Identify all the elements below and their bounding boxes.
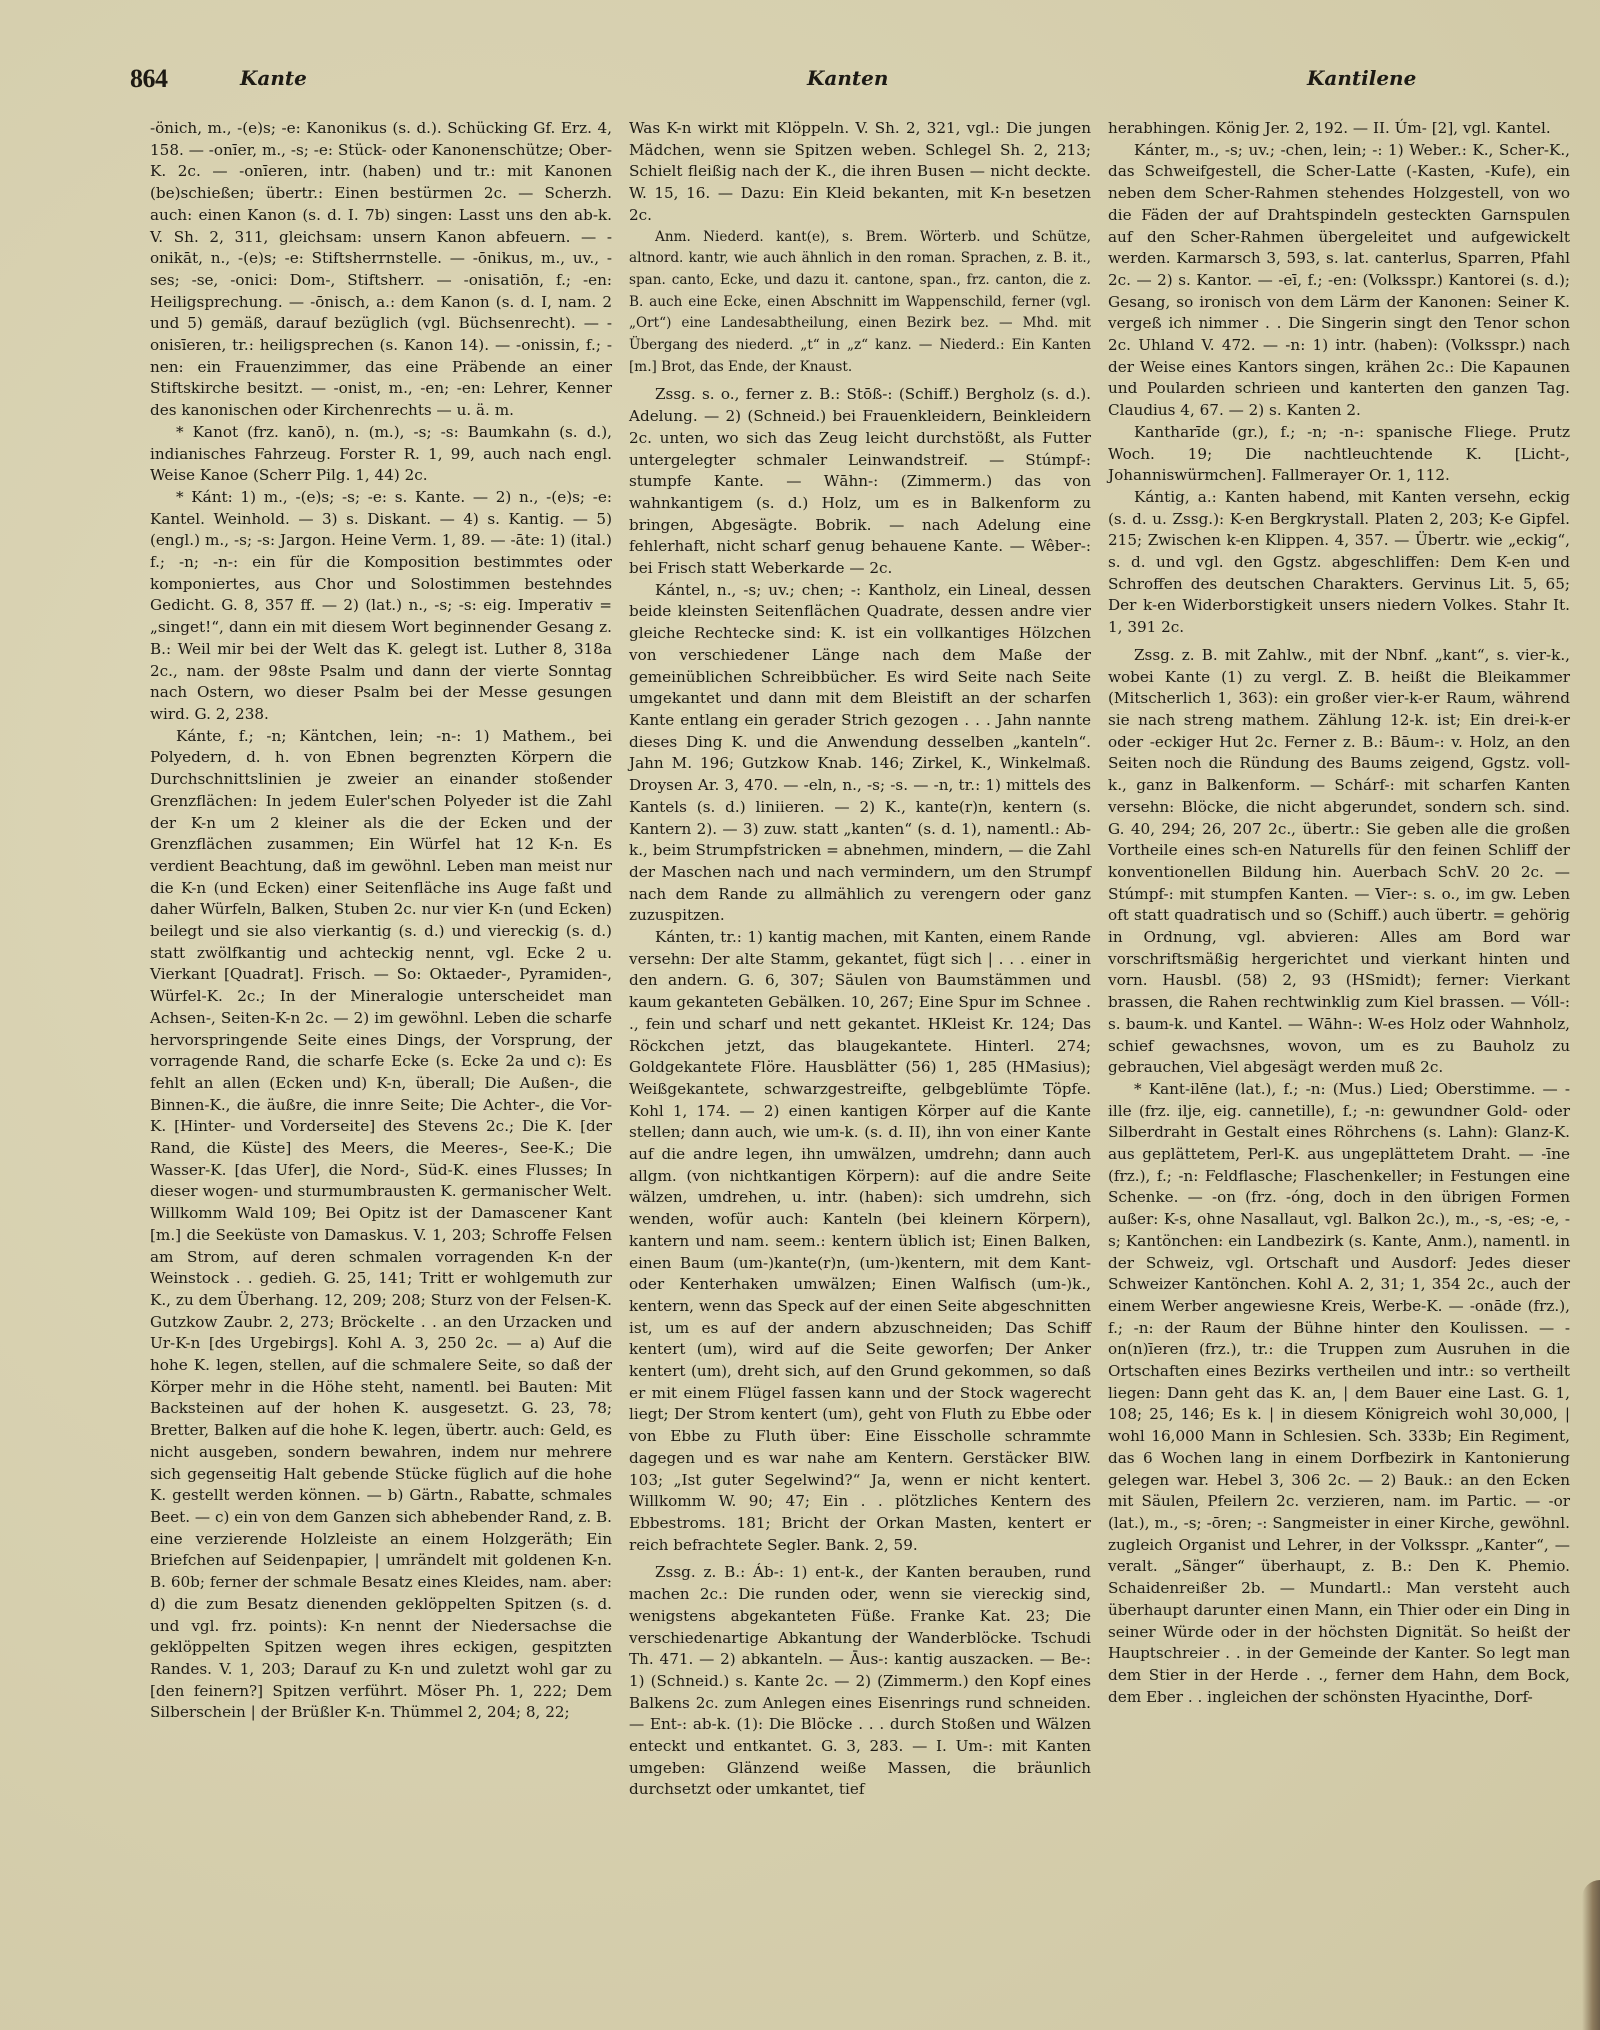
paragraph: -önich, m., -(e)s; -e: Kanonikus (s. d.)… [150,118,612,422]
compounds-paragraph: Zssg. z. B.: Áb-: 1) ent-k., der Kanten … [629,1562,1091,1801]
dictionary-entry: Kánten, tr.: 1) kantig machen, mit Kante… [629,927,1091,1556]
text-columns: -önich, m., -(e)s; -e: Kanonikus (s. d.)… [150,118,1570,1801]
torn-page-edge [1582,1880,1600,2030]
dictionary-entry: Kánter, m., -s; uv.; -chen, lein; -: 1) … [1108,140,1570,422]
dictionary-entry: * Kanot (frz. kanō), n. (m.), -s; -s: Ba… [150,422,612,487]
column-right: herabhingen. König Jer. 2, 192. — II. Úm… [1108,118,1570,1801]
guide-word-right: Kantilene [1307,66,1416,90]
dictionary-entry: Kántig, a.: Kanten habend, mit Kanten ve… [1108,487,1570,639]
guide-word-left: Kante [240,66,307,90]
compounds-paragraph: Zssg. s. o., ferner z. B.: Stōß-: (Schif… [629,384,1091,579]
dictionary-entry: * Kánt: 1) m., -(e)s; -s; -e: s. Kante. … [150,487,612,726]
paragraph: herabhingen. König Jer. 2, 192. — II. Úm… [1108,118,1570,140]
column-left: -önich, m., -(e)s; -e: Kanonikus (s. d.)… [150,118,612,1801]
running-head: 864 Kante Kanten Kantilene [150,64,1570,100]
dictionary-entry: * Kant-ilēne (lat.), f.; -n: (Mus.) Lied… [1108,1079,1570,1708]
compounds-paragraph: Zssg. z. B. mit Zahlw., mit der Nbnf. „k… [1108,645,1570,1079]
dictionary-entry: Kántel, n., -s; uv.; chen; -: Kantholz, … [629,580,1091,927]
guide-word-center: Kanten [807,66,888,90]
dictionary-entry: Kantharīde (gr.), f.; -n; -n-: spanische… [1108,422,1570,487]
dictionary-page: 864 Kante Kanten Kantilene -önich, m., -… [150,0,1570,2030]
dictionary-entry: Kánte, f.; -n; Käntchen, lein; -n-: 1) M… [150,726,612,1724]
paragraph: Was K-n wirkt mit Klöppeln. V. Sh. 2, 32… [629,118,1091,227]
column-middle: Was K-n wirkt mit Klöppeln. V. Sh. 2, 32… [629,118,1091,1801]
page-number: 864 [130,64,168,94]
etymology-note: Anm. Niederd. kant(e), s. Brem. Wörterb.… [629,227,1091,379]
